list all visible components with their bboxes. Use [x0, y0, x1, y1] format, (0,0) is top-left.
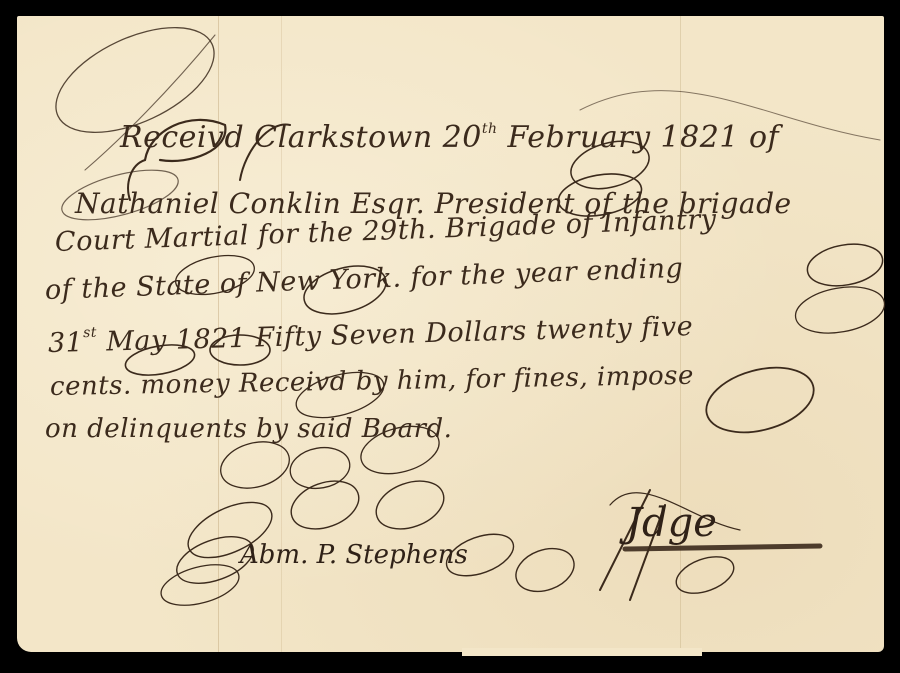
ordinal-suffix: th	[482, 121, 498, 137]
ordinal-suffix: st	[83, 325, 97, 341]
line-text: 31	[48, 327, 84, 359]
line-text: February 1821 of	[498, 120, 780, 155]
signature-title: Jdge	[626, 500, 717, 546]
line-text: Receivd Clarkstown 20	[120, 120, 482, 155]
receipt-line-7: on delinquents by said Board.	[45, 414, 452, 444]
receipt-line-1: Receivd Clarkstown 20th February 1821 of	[120, 120, 779, 155]
signature-name: Abm. P. Stephens	[240, 540, 468, 570]
paper-tab	[462, 648, 702, 656]
